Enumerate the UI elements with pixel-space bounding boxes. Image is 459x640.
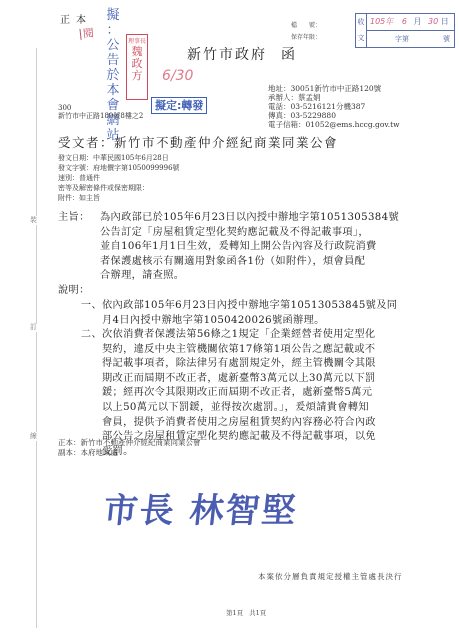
subject-line: 並自106年1月1日生效，爰轉知上開公告內容及行政院消費 [58, 240, 448, 255]
receipt-stamp-label: 收 文 [356, 14, 367, 47]
postal-code: 300 [58, 104, 143, 112]
subject-label: 主旨： [58, 211, 90, 226]
explanation-item-1: 一、 依內政部105年6月23日內授中辦地字第10513053845號及同 月4… [62, 299, 447, 328]
receipt-number-row: 字第 號 [367, 31, 454, 47]
explanation-label: 說明： [58, 284, 448, 299]
annotation-char: 本 [106, 83, 120, 98]
word-label: 字第 [395, 31, 409, 47]
contact-info: 地址：30051新竹市中正路120號 承辦人：蔡孟娟 電話：03-5216121… [268, 84, 400, 129]
receipt-year: 105年 [370, 17, 393, 26]
speed-class: 速別：普通件 [58, 173, 180, 183]
page-number: 第1頁共1頁 [226, 608, 266, 617]
subject-line: 合辦理，請查照。 [58, 269, 448, 284]
receipt-stamp: 收 文 105年 6 月 30 日 字第 號 [355, 13, 455, 48]
attachment-note: 附件：如主旨 [58, 193, 180, 203]
receipt-char: 文 [356, 30, 366, 46]
day-label: 日 [441, 17, 449, 26]
contact-email: 電子信箱：01052@ems.hccg.gov.tw [268, 120, 400, 129]
item-line: 依內政部105年6月23日內授中辦地字第10513053845號及同 [62, 299, 447, 314]
stamp-title: 理事長 [127, 38, 147, 45]
issue-number: 發文字號：府地價字第1050099996號 [58, 163, 180, 173]
secrecy-level: 密等及解密條件或保密期限： [58, 183, 180, 193]
item-line: 鍰；經再次令其限期改正而屆期不改正者，處新臺幣5萬元 [62, 386, 447, 401]
delegation-note: 本案依分層負責規定授權主管處長決行 [258, 571, 403, 582]
item-number: 二、 [62, 328, 102, 343]
annotation-char: 公 [106, 38, 120, 53]
recipient: 受文者：新竹市不動產仲介經紀商業同業公會 [58, 133, 338, 151]
stamp-name: 魏政方 [127, 46, 147, 82]
binding-line [36, 48, 37, 628]
copy-label: 正本 [60, 11, 92, 26]
issuer-name: 新竹市政府 [187, 47, 267, 63]
read-handwriting: 閱 [79, 27, 97, 40]
receipt-char: 收 [356, 14, 366, 30]
doc-type: 函 [281, 47, 297, 63]
item-line: 次依消費者保護法第56條之1規定「企業經營者使用定型化 [62, 328, 447, 343]
vertical-blue-annotation: 擬 ： 公 告 於 本 會 網 站 [106, 8, 120, 143]
subject-line: 者保護處核示有關適用對象函各1份（如附件），煩會員配 [58, 255, 448, 270]
item-line: 以上50萬元以下罰鍰，並得按次處罰。」，爰煩請貴會轉知 [62, 401, 447, 416]
document-meta: 發文日期：中華民國105年6月28日 發文字號：府地價字第1050099996號… [58, 153, 180, 203]
distribution-list: 正本：新竹市不動產仲介經紀商業同業公會 副本：本府地政處 [58, 438, 201, 458]
receipt-day: 30 [428, 17, 438, 26]
contact-fax: 傳真：03-5229880 [268, 111, 400, 120]
current-page: 第1頁 [226, 609, 243, 617]
mayor-signature: 市長林智堅 [101, 483, 300, 532]
binding-mark-top: 裝 [30, 216, 37, 225]
item-line: 契約，違反中央主管機關依第17條第1項公告之應記載或不 [62, 343, 447, 358]
issue-date: 發文日期：中華民國105年6月28日 [58, 153, 180, 163]
contact-phone: 電話：03-5216121分機387 [268, 102, 400, 111]
file-number-label: 檔 號： [291, 20, 321, 32]
contact-handler: 承辦人：蔡孟娟 [268, 93, 400, 102]
item-line: 得記載事項者，除法律另有處罰規定外，經主管機關令其限 [62, 357, 447, 372]
month-label: 月 [413, 17, 421, 26]
item-number: 一、 [62, 299, 102, 314]
subject-section: 主旨： 為內政部已於105年6月23日以內授中辦地字第1051305384號 公… [58, 211, 448, 284]
original-copy: 正本：新竹市不動產仲介經紀商業同業公會 [58, 438, 201, 448]
binding-mark-bottom: 線 [30, 432, 37, 441]
binding-mark-middle: 訂 [30, 323, 37, 332]
archive-labels: 檔 號： 保存年限： [291, 20, 321, 44]
retention-label: 保存年限： [291, 32, 321, 44]
handwritten-date: 6/30 [162, 68, 193, 84]
number-label: 號 [443, 31, 450, 47]
total-pages: 共1頁 [249, 609, 266, 617]
receipt-date-row: 105年 6 月 30 日 [367, 14, 454, 31]
annotation-char: ： [106, 23, 120, 38]
receipt-month: 6 [402, 17, 407, 26]
mailing-address: 300 新竹市中正路180號8樓之2 [58, 104, 143, 120]
item-line: 月4日內授中辦地字第1050420026號函辦理。 [62, 314, 447, 329]
subject-line: 為內政部已於105年6月23日以內授中辦地字第1051305384號 [58, 211, 448, 226]
annotation-char: 擬 [106, 8, 120, 23]
duplicate-copy: 副本：本府地政處 [58, 448, 201, 458]
annotation-char: 告 [106, 53, 120, 68]
contact-address: 地址：30051新竹市中正路120號 [268, 84, 400, 93]
item-line: 期改正而屆期不改正者，處新臺幣3萬元以上30萬元以下罰 [62, 372, 447, 387]
signature-title: 市長 [102, 491, 178, 531]
street-address: 新竹市中正路180號8樓之2 [58, 112, 143, 120]
document-title: 新竹市政府函 [187, 44, 297, 64]
item-line: 會員，提供予消費者使用之房屋租賃契約內容務必符合內政 [62, 416, 447, 431]
chairman-seal-stamp: 理事長 魏政方 [126, 34, 148, 100]
subject-line: 公告訂定「房屋租賃定型化契約應記載及不得記載事項」， [58, 226, 448, 241]
signature-name: 林智堅 [188, 491, 300, 531]
annotation-char: 於 [106, 68, 120, 83]
forward-decision-stamp: 擬定:轉發 [151, 97, 207, 114]
